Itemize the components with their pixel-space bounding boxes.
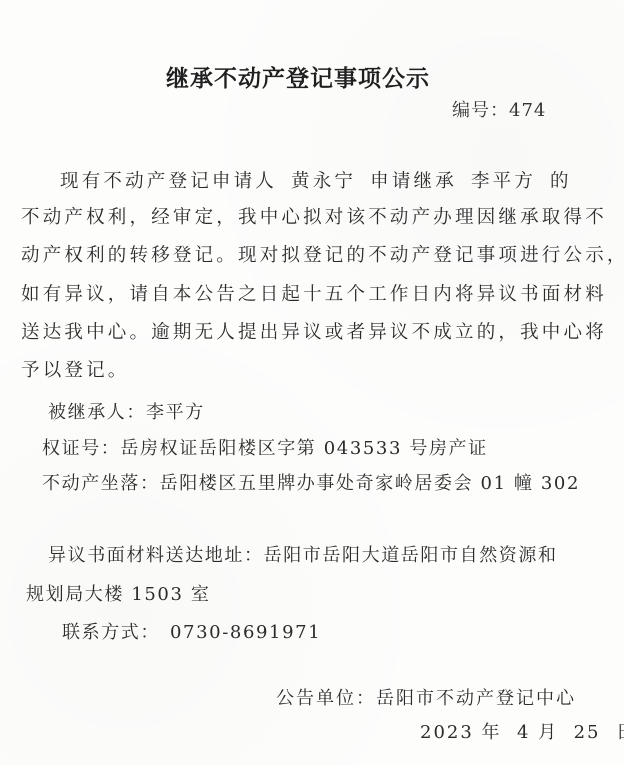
objection-address-line-2: 规划局大楼 1503 室 bbox=[26, 580, 210, 606]
issuer-field: 公告单位：岳阳市不动产登记中心 bbox=[276, 684, 576, 710]
location-field: 不动产坐落：岳阳楼区五里牌办事处奇家岭居委会 01 幢 302 bbox=[42, 469, 580, 495]
body-line1-suffix: 的 bbox=[550, 171, 572, 192]
decedent-value: 李平方 bbox=[146, 402, 205, 423]
body-line-2: 不动产权利，经审定，我中心拟对该不动产办理因继承取得不 bbox=[21, 203, 607, 229]
serial-value: 474 bbox=[509, 100, 546, 121]
body-line-4: 如有异议，请自本公告之日起十五个工作日内将异议书面材料 bbox=[21, 280, 607, 306]
body-line-1: 现有不动产登记申请人黄永宁申请继承李平方的 bbox=[60, 167, 572, 193]
contact-label: 联系方式： bbox=[62, 622, 160, 643]
location-value: 岳阳楼区五里牌办事处奇家岭居委会 01 幢 302 bbox=[160, 473, 580, 494]
contact-field: 联系方式：0730-8691971 bbox=[62, 618, 321, 644]
document-page: 继承不动产登记事项公示 编号：474 现有不动产登记申请人黄永宁申请继承李平方的… bbox=[0, 0, 624, 765]
decedent-label: 被继承人： bbox=[48, 402, 146, 423]
certificate-value: 岳房权证岳阳楼区字第 043533 号房产证 bbox=[120, 438, 487, 459]
document-title: 继承不动产登记事项公示 bbox=[166, 60, 430, 93]
body-line-5: 送达我中心。逾期无人提出异议或者异议不成立的，我中心将 bbox=[21, 318, 607, 344]
certificate-label: 权证号： bbox=[42, 438, 120, 459]
objection-address-value-1: 岳阳市岳阳大道岳阳市自然资源和 bbox=[264, 545, 558, 566]
decedent-name: 李平方 bbox=[471, 171, 536, 192]
objection-address-label: 异议书面材料送达地址： bbox=[48, 545, 264, 566]
decedent-field: 被继承人：李平方 bbox=[48, 398, 205, 424]
certificate-field: 权证号：岳房权证岳阳楼区字第 043533 号房产证 bbox=[42, 434, 488, 460]
objection-address-line-1: 异议书面材料送达地址：岳阳市岳阳大道岳阳市自然资源和 bbox=[48, 541, 558, 567]
issuer-value: 岳阳市不动产登记中心 bbox=[376, 688, 576, 709]
location-label: 不动产坐落： bbox=[42, 473, 160, 494]
body-line-6: 予以登记。 bbox=[21, 356, 130, 382]
issue-date: 2023 年 4 月 25 日 bbox=[420, 718, 624, 744]
applicant-name: 黄永宁 bbox=[291, 171, 356, 192]
serial-number: 编号：474 bbox=[452, 96, 546, 122]
serial-label: 编号： bbox=[452, 100, 509, 121]
issuer-label: 公告单位： bbox=[276, 688, 376, 709]
body-line1-prefix: 现有不动产登记申请人 bbox=[60, 171, 277, 192]
contact-phone: 0730-8691971 bbox=[170, 622, 321, 643]
body-line-3: 动产权利的转移登记。现对拟登记的不动产登记事项进行公示， bbox=[21, 241, 624, 267]
body-line1-mid: 申请继承 bbox=[370, 171, 457, 192]
